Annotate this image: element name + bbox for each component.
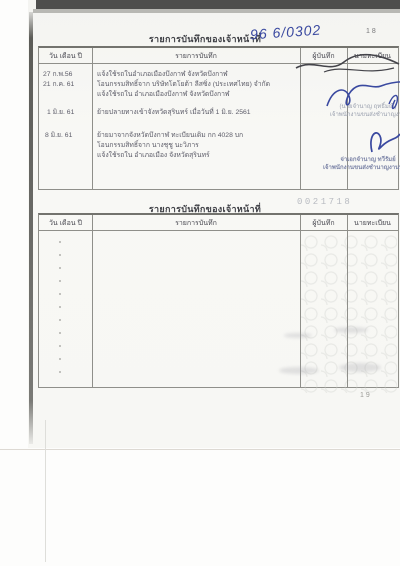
table2-col-date: วัน เดือน ปี: [39, 218, 92, 229]
scan-fold-line: [0, 449, 400, 450]
ink-smudge: [284, 333, 312, 338]
records-table-2: วัน เดือน ปี รายการบันทึก ผู้บันทึก นายท…: [38, 213, 399, 388]
table2-col-record: รายการบันทึก: [92, 218, 300, 229]
ink-smudge: [334, 327, 368, 333]
ditto-mark: [59, 306, 61, 308]
page-number-top: 18: [366, 28, 378, 35]
table2-col-divider-3: [347, 215, 348, 387]
row-text: ย้ายปลายทางเข้าจังหวัดสุรินทร์ เมื่อวันท…: [97, 106, 297, 117]
table1-col-date: วัน เดือน ปี: [39, 51, 92, 62]
table1-col-divider-1: [92, 48, 93, 189]
ditto-mark: [59, 332, 61, 334]
ditto-mark: [59, 345, 61, 347]
ink-smudge: [279, 367, 319, 374]
ditto-mark: [59, 254, 61, 256]
table2-col-registrar: นายทะเบียน: [347, 218, 398, 229]
scan-top-gray-strip: [33, 9, 400, 13]
ditto-mark: [59, 319, 61, 321]
scan-top-dark-strip: [36, 0, 400, 9]
ditto-mark: [59, 267, 61, 269]
scan-edge-line: [45, 420, 46, 562]
book-spine-shadow: [29, 12, 33, 444]
row-date: 8 มิ.ย. 61: [45, 129, 93, 140]
page-number-bottom: 19: [360, 392, 372, 399]
ditto-mark: [59, 358, 61, 360]
row-text: แจ้งใช้รถใน อำเภอเมือง จังหวัดสุรินทร์: [97, 149, 297, 160]
ink-smudge: [339, 363, 381, 372]
signature-registrar-1: [319, 76, 400, 116]
table2-col-divider-2: [300, 215, 301, 387]
table2-col-recorder: ผู้บันทึก: [300, 218, 347, 229]
row-date: 1 มิ.ย. 61: [47, 106, 95, 117]
records-table-1: วัน เดือน ปี รายการบันทึก ผู้บันทึก นายท…: [38, 46, 399, 190]
signature-registrar-2: [354, 126, 400, 158]
scanned-document-page: รายการบันทึกของเจ้าหน้าที่ 96 6/0302 18 …: [0, 0, 400, 566]
row-text: แจ้งใช้รถใน อำเภอเมืองบึงกาฬ จังหวัดบึงก…: [97, 88, 297, 99]
serial-number: 0021718: [297, 197, 352, 207]
table1-col-record: รายการบันทึก: [92, 51, 300, 62]
row-date: 21 ก.ค. 61: [43, 78, 91, 89]
table2-col-divider-1: [92, 215, 93, 387]
ditto-mark: [59, 241, 61, 243]
registrar-stamp-2: จ่าเอกจำนาญ ทวีรัมย์ เจ้าพนักงานขนส่งชำน…: [301, 156, 400, 172]
stamp-title: เจ้าพนักงานขนส่งชำนาญงานพิเศษ: [301, 164, 400, 172]
ditto-mark: [59, 280, 61, 282]
ditto-mark: [59, 371, 61, 373]
ditto-mark: [59, 293, 61, 295]
